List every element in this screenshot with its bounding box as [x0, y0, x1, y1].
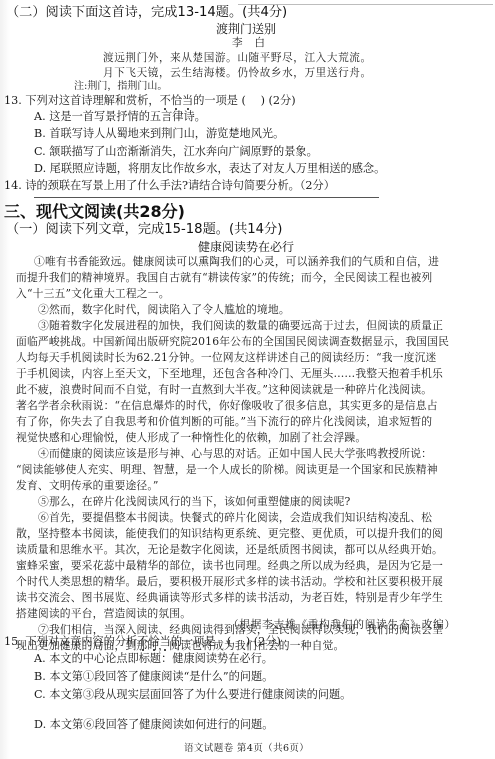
article-line: 读质量和思维水平。其次，无论是数字化阅读，还是纸质图书阅读，都可以从经典开始。 — [16, 545, 443, 556]
emphasis-char: 不 — [137, 635, 148, 648]
article-line: 蜜蜂采蜜，要采花蕊中最精华的部位，读书也同理。经典之所以成为经典，是因为它是一 — [16, 561, 443, 572]
article-line: 散，坚持整本书阅读，能使我们的知识结构更系统、更完整、更优质，可以提升我们的阅 — [16, 529, 443, 540]
article-line: 发育、文明传承的重要途径。” — [16, 481, 159, 492]
emphasis-char: 恰 — [148, 635, 159, 648]
article-source: （根据李志雄《重构我们的阅读生态》改编） — [228, 620, 456, 631]
q15-option-d: D. 本文第⑥段回答了健康阅读如何进行的问题。 — [34, 719, 273, 730]
article-line: ⑥首先，要提倡整本书阅读。快餐式的碎片化阅读，会造成我们知识结构凌乱、松 — [38, 513, 432, 524]
question-15-stem: 15. 下列对文章内容的分析不恰当的一项是 ( ) (2分) — [4, 636, 281, 647]
article-line: 视觉快感和心理愉悦，使人形成了一种惰性化的依赖，加剧了社会浮躁。 — [16, 433, 366, 444]
article-line: ④而健康的阅读应该是形与神、心与思的对话。正如中国人民大学张鸣教授所说： — [38, 449, 432, 460]
part3-heading: 三、现代文阅读(共28分) — [4, 204, 185, 220]
poem-note: 注:荆门，指荆门山。 — [74, 82, 167, 92]
part3-sub1-heading: （一）阅读下列文章，完成15-18题。(共14分) — [6, 223, 282, 236]
q13-option-d: D. 尾联照应诗题，将朋友比作故乡水，表达了对友人万里相送的感念。 — [34, 163, 385, 174]
q13-option-b: B. 首联写诗人从蜀地来到荆门山，游览楚地风光。 — [34, 128, 284, 139]
article-line: 人均每天手机阅读时长为62.21分钟。一位网友这样讲述自己的阅读经历：“我一度沉… — [16, 353, 436, 364]
article-line: 个时代人类思想的精华。最后，要积极开展形式多样的读书活动。学校和社区要积极开展 — [16, 577, 443, 588]
article-line: 读书交流会、图书展览、经典诵读等形式多样的读书活动，为老百姓，特别是青少年学生 — [16, 593, 443, 604]
q13-option-a: A. 这是一首写景抒情的五言律诗。 — [34, 111, 206, 122]
emphasis-char: 当 — [160, 635, 171, 648]
emphasis-char: 不 — [160, 94, 171, 107]
article-line: 搭建阅读的平台，营造阅读的氛围。 — [16, 609, 191, 620]
q15-option-c: C. 本文第③段从现实层面回答了为什么要进行健康阅读的问题。 — [34, 689, 351, 700]
poem-title: 渡荆门送别 — [216, 23, 276, 35]
q15-option-a: A. 本文的中心论点即标题：健康阅读势在必行。 — [34, 653, 273, 664]
poem-author: 李 白 — [232, 38, 266, 49]
q15-stem-pre: 15. 下列对文章内容的分析 — [4, 635, 137, 648]
article-line: 于手机阅读，内容上至天文，下至地理，还包含各种冷门、无厘头……我整天抱着手机乐 — [16, 369, 443, 380]
question-13-stem: 13. 下列对这首诗理解和赏析，不恰当的一项是 ( ) (2分) — [4, 95, 296, 106]
q15-option-b: B. 本文第①段回答了健康阅读“是什么”的问题。 — [34, 671, 273, 682]
article-line: ⑤那么，在碎片化浅阅读风行的当下，该如何重塑健康的阅读呢? — [38, 497, 350, 508]
article-line: ③随着数字化发展进程的加快，我们阅读的数量的确要远高于过去，但阅读的质量正 — [38, 321, 443, 332]
q13-option-c: C. 颔联描写了山峦渐渐消失，江水奔向广阔原野的景象。 — [34, 146, 318, 157]
article-title: 健康阅读势在必行 — [198, 241, 294, 253]
q15-stem-post: 的一项是 ( ) (2分) — [171, 635, 281, 648]
article-line: 入“十三五”文化重大工程之一。 — [16, 289, 170, 300]
emphasis-char: 恰 — [171, 94, 182, 107]
exam-page: （二）阅读下面这首诗，完成13-14题。(共4分) 渡荆门送别 李 白 渡远荆门… — [0, 0, 495, 759]
section2-heading: （二）阅读下面这首诗，完成13-14题。(共4分) — [6, 6, 287, 19]
q13-stem-post: 的一项是 ( ) (2分) — [193, 94, 295, 107]
question-14-stem: 14. 诗的颈联在写景上用了什么手法?请结合诗句简要分析。（2分） — [4, 180, 335, 191]
poem-line-2: 月下飞天镜，云生结海楼。仍怜故乡水，万里送行舟。 — [103, 68, 372, 79]
article-line: 著名学者余秋雨说：“在信息爆炸的时代，你好像吸收了很多信息，其实更多的是信息占 — [16, 401, 438, 412]
article-line: 有了你，你失去了自我思考和价值判断的可能。”当下流行的碎片化浅阅读，追求短暂的 — [16, 417, 432, 428]
poem-line-1: 渡远荆门外，来从楚国游。山随平野尽，江入大荒流。 — [103, 53, 372, 64]
article-line: ②然而，数字化时代，阅读陷入了令人尴尬的境地。 — [38, 305, 290, 316]
article-line: “阅读能够使人充实、明理、智慧，是一个人成长的阶梯。阅读更是一个国家和民族精神 — [16, 465, 438, 476]
emphasis-char: 当 — [182, 94, 193, 107]
article-line: 而提升我们的精神境界。我国自古就有“耕读传家”的传统；而今，全民阅读工程也被列 — [16, 273, 432, 284]
q13-stem-pre: 13. 下列对这首诗理解和赏析， — [4, 94, 160, 107]
article-line: 此不疲，浪费时间而不自觉，有时一直熬到大半夜。”这种阅读就是一种碎片化浅阅读。 — [16, 385, 432, 396]
article-line: ①唯有书香能致远。健康阅读可以熏陶我们的心灵，可以涵养我们的气质和自信，进 — [34, 257, 439, 268]
page-footer: 语文试题卷 第4页（共6页） — [184, 744, 309, 754]
answer-line — [34, 197, 379, 198]
article-line: 面临严峻挑战。中国新闻出版研究院2016年公布的全国国民阅读调查数据显示，我国国… — [16, 337, 449, 348]
